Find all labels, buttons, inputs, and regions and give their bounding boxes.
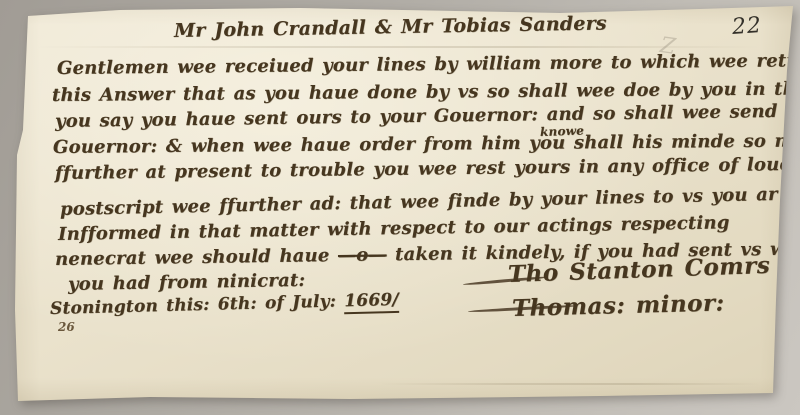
postscript-line-4: you had from ninicrat: — [68, 272, 306, 294]
letter-line-5: ffurther at present to trouble you wee r… — [55, 156, 791, 183]
postscript-line-3-text: nenecrat wee should haue — [55, 245, 330, 270]
dateline-text: Stonington this: 6th: of July: — [50, 291, 345, 319]
manuscript-paper-shadow: Z 22 Mr John Crandall & Mr Tobias Sander… — [0, 0, 800, 415]
photo-background: Z 22 Mr John Crandall & Mr Tobias Sander… — [0, 0, 800, 415]
crossed-out-word: —o— — [338, 244, 387, 266]
paper-crease — [35, 46, 760, 48]
letter-line-1: Gentlemen wee receiued your lines by wil… — [57, 52, 800, 78]
signature-2: Thomas: minor: — [512, 291, 725, 320]
dateline-year-underlined: 1669/ — [344, 290, 399, 314]
manuscript-paper: Z 22 Mr John Crandall & Mr Tobias Sander… — [0, 0, 800, 415]
page-number: 22 — [731, 15, 762, 39]
paper-crease — [380, 383, 760, 385]
letter-heading: Mr John Crandall & Mr Tobias Sanders — [174, 14, 607, 41]
letter-line-4: Gouernor: & when wee haue order from him… — [53, 132, 800, 157]
folio-number: 26 — [58, 321, 75, 333]
inserted-word: knowe — [540, 124, 584, 138]
place-dateline: Stonington this: 6th: of July: 1669/ — [50, 292, 399, 318]
signature-1: Tho Stanton Comrs — [508, 254, 771, 286]
postscript-line-2: Infformed in that matter with respect to… — [58, 214, 730, 244]
letter-line-3: you say you haue sent ours to your Gouer… — [55, 101, 800, 131]
